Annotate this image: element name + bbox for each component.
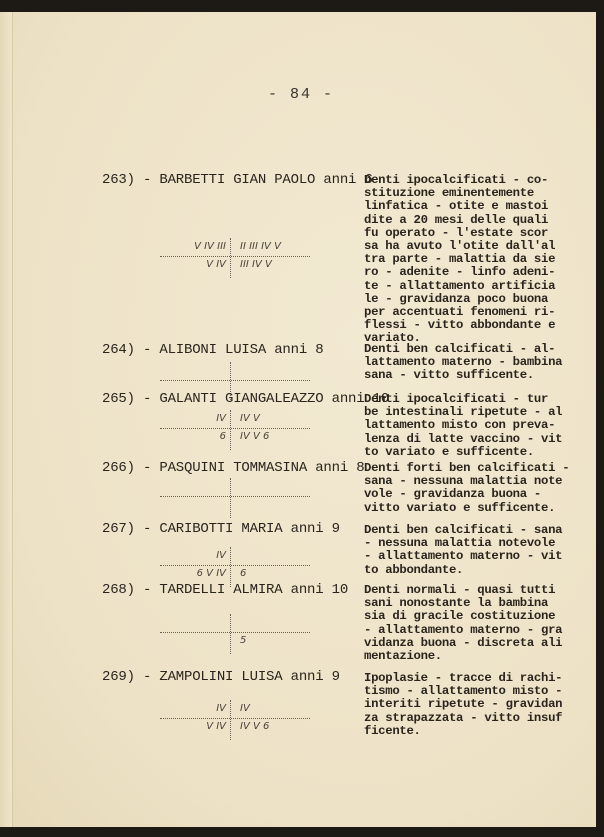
dental-mark-lower-right: IV V 6 [240,721,269,732]
dental-mark-upper-right: IV V [240,413,260,424]
dental-chart: IVIVV IVIV V 6 [160,700,310,740]
entry-heading: 265) - GALANTI GIANGALEAZZO anni 10 [102,391,389,407]
dental-mark-lower-left: V IV [206,721,226,732]
entry-description: Denti normali - quasi tutti sani nonosta… [364,584,600,663]
dental-chart-vline [230,478,231,518]
entry-description: Denti ipocalcificati - tur be intestinal… [364,393,600,459]
dental-chart: IVIV V6IV V 6 [160,410,310,450]
dental-mark-upper-left: V IV III [194,241,226,252]
entry-heading: 268) - TARDELLI ALMIRA anni 10 [102,582,348,598]
entry-description: Ipoplasie - tracce di rachi- tismo - all… [364,672,600,738]
dental-mark-upper-left: IV [216,550,226,561]
dental-chart-hline [160,256,310,257]
entry-description: Denti ipocalcificati - co- stituzione em… [364,174,600,346]
entry-description: Denti ben calcificati - sana - nessuna m… [364,524,600,577]
entry-heading: 266) - PASQUINI TOMMASINA anni 8 [102,460,364,476]
entry-heading: 263) - BARBETTI GIAN PAOLO anni 6 [102,172,373,188]
entry-heading: 267) - CARIBOTTI MARIA anni 9 [102,521,340,537]
dental-mark-lower-right: III IV V [240,259,272,270]
dental-mark-lower-right: IV V 6 [240,431,269,442]
dental-mark-upper-right: II III IV V [240,241,281,252]
dental-mark-lower-right: 6 [240,568,246,579]
dental-mark-lower-left: 6 V IV [197,568,226,579]
entry-description: Denti forti ben calcificati - sana - nes… [364,462,600,515]
dental-chart-vline [230,614,231,654]
dental-mark-lower-right: 5 [240,635,246,646]
dental-chart-vline [230,547,231,587]
dental-chart-vline [230,410,231,450]
entry-heading: 264) - ALIBONI LUISA anni 8 [102,342,323,358]
page-gutter [0,12,13,827]
dental-mark-lower-left: V IV [206,259,226,270]
entry-heading: 269) - ZAMPOLINI LUISA anni 9 [102,669,340,685]
dental-chart-vline [230,238,231,278]
dental-chart: V IV IIIII III IV VV IVIII IV V [160,238,310,278]
dental-mark-upper-right: IV [240,703,250,714]
entry-description: Denti ben calcificati - al- lattamento m… [364,343,600,383]
dental-chart-hline [160,428,310,429]
dental-chart: 5 [160,614,310,654]
dental-mark-lower-left: 6 [220,431,226,442]
dental-chart-hline [160,565,310,566]
dental-chart-hline [160,632,310,633]
dental-chart-hline [160,496,310,497]
page-number: - 84 - [268,86,334,103]
dental-mark-upper-left: IV [216,703,226,714]
dental-chart: IV6 V IV6 [160,547,310,587]
dental-chart-hline [160,718,310,719]
dental-mark-upper-left: IV [216,413,226,424]
dental-chart [160,478,310,518]
dental-chart-vline [230,700,231,740]
dental-chart-hline [160,380,310,381]
